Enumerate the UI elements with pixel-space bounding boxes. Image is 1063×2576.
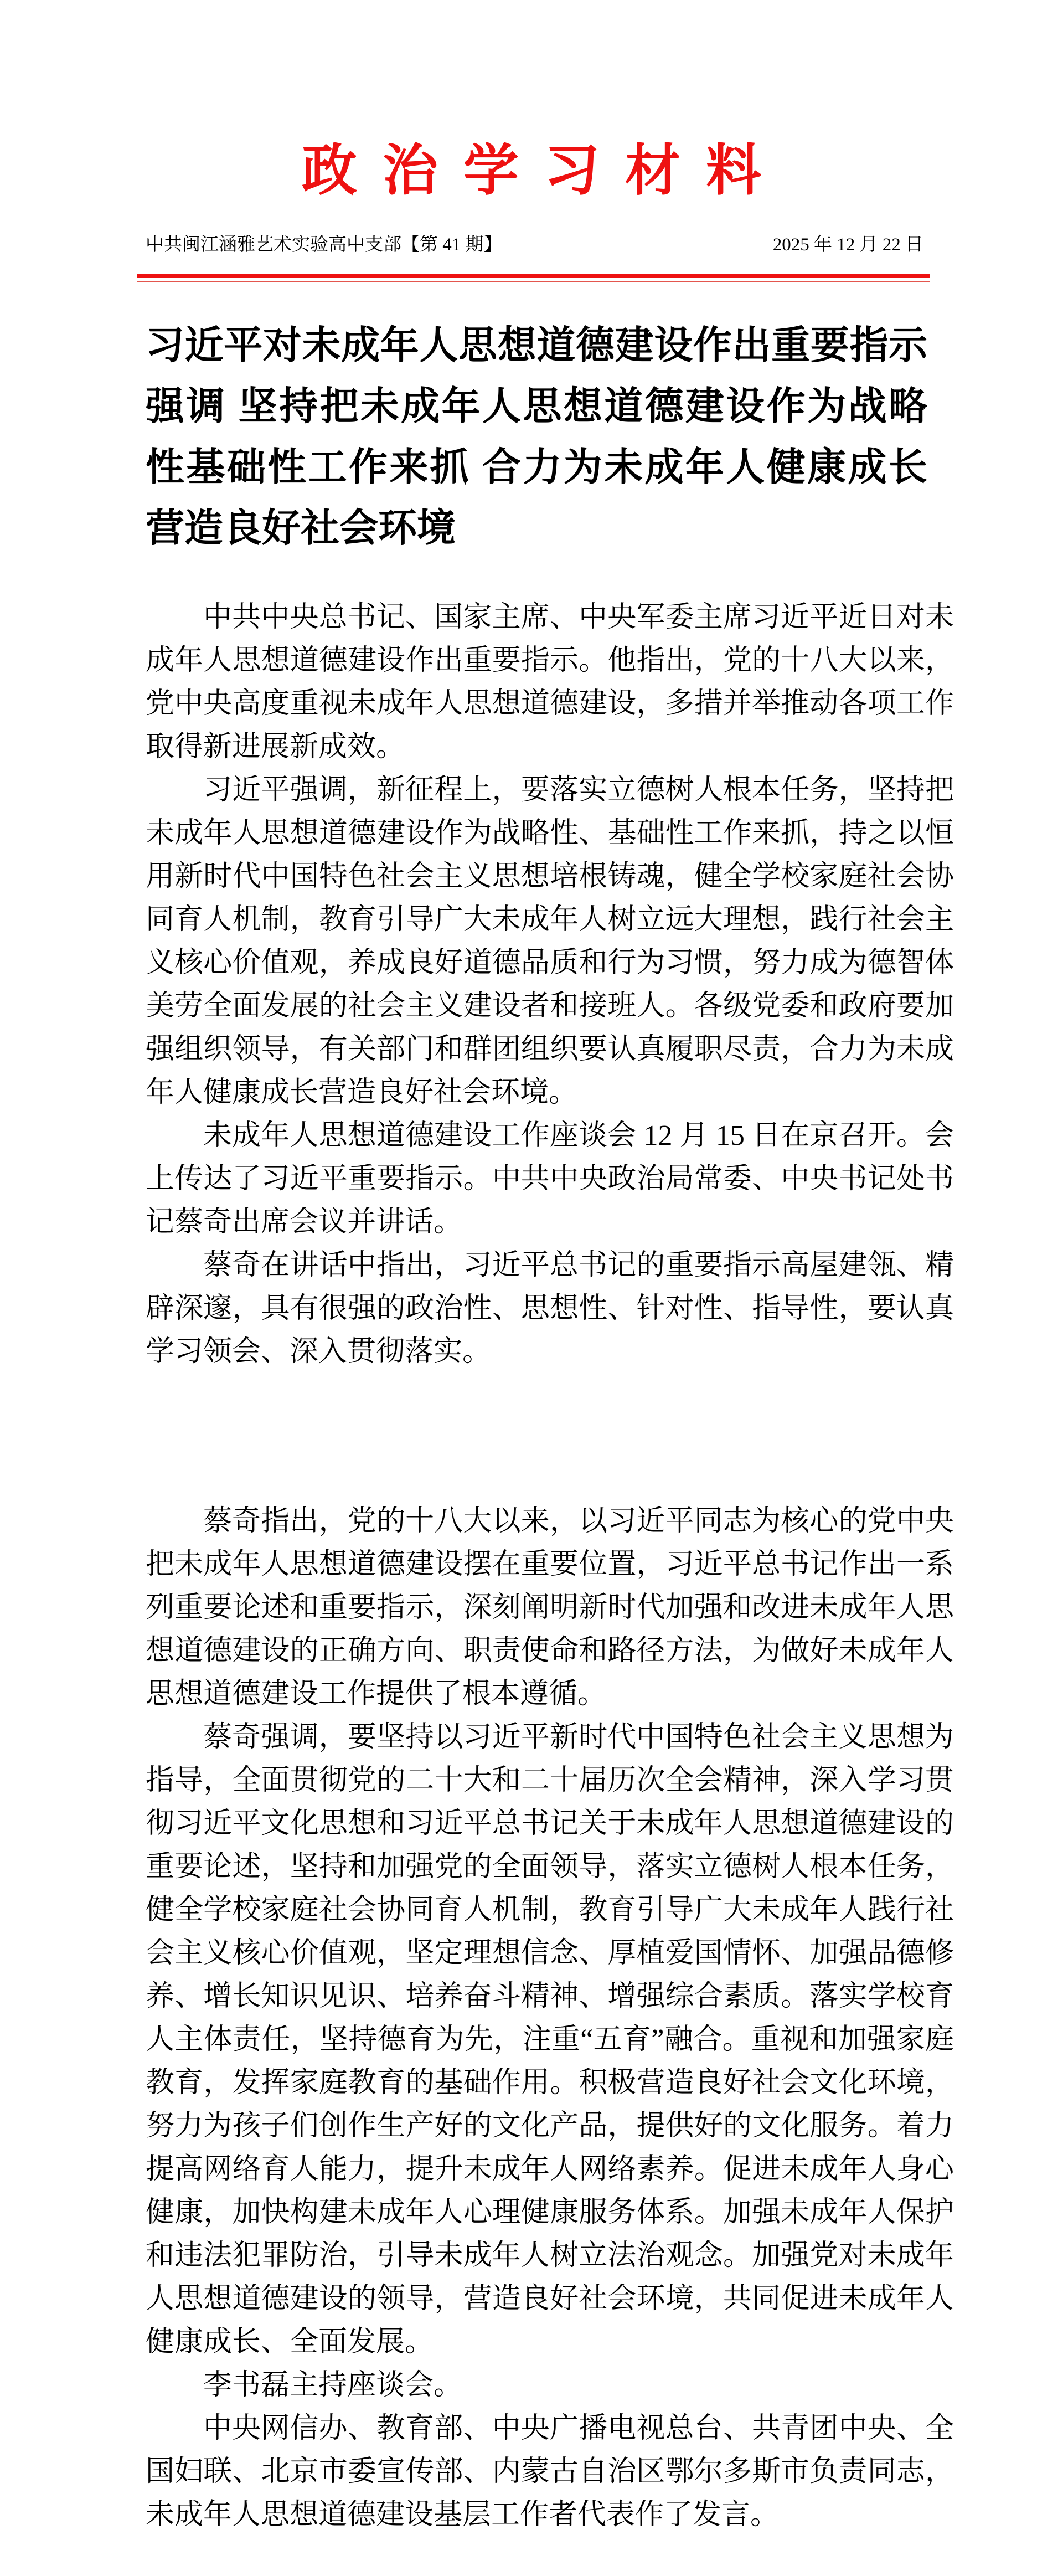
issue-info-row: 中共闽江涵雅艺术实验高中支部【第 41 期】 2025 年 12 月 22 日 bbox=[146, 233, 954, 257]
divider-thin-rule bbox=[137, 281, 930, 282]
masthead-divider bbox=[137, 274, 930, 282]
article-paragraph: 中共中央总书记、国家主席、中央军委主席习近平近日对未成年人思想道德建设作出重要指… bbox=[146, 596, 954, 769]
article-body-page2: 蔡奇指出，党的十八大以来，以习近平同志为核心的党中央把未成年人思想道德建设摆在重… bbox=[146, 1500, 954, 2537]
masthead-title: 政治学习材料 bbox=[0, 140, 1063, 202]
article-paragraph: 未成年人思想道德建设工作座谈会 12 月 15 日在京召开。会上传达了习近平重要… bbox=[146, 1114, 954, 1244]
article-body-page1: 中共中央总书记、国家主席、中央军委主席习近平近日对未成年人思想道德建设作出重要指… bbox=[146, 596, 954, 1374]
page-break-gap bbox=[146, 1374, 954, 1500]
divider-thick-rule bbox=[137, 274, 930, 278]
article-paragraph: 李书磊主持座谈会。 bbox=[146, 2364, 954, 2407]
content-column: 中共闽江涵雅艺术实验高中支部【第 41 期】 2025 年 12 月 22 日 … bbox=[146, 233, 954, 2537]
article-paragraph: 中央网信办、教育部、中央广播电视总台、共青团中央、全国妇联、北京市委宣传部、内蒙… bbox=[146, 2407, 954, 2537]
issuer-name: 中共闽江涵雅艺术实验高中支部【第 41 期】 bbox=[146, 233, 502, 257]
article-paragraph: 蔡奇在讲话中指出，习近平总书记的重要指示高屋建瓴、精辟深邃，具有很强的政治性、思… bbox=[146, 1244, 954, 1374]
article-paragraph: 蔡奇指出，党的十八大以来，以习近平同志为核心的党中央把未成年人思想道德建设摆在重… bbox=[146, 1500, 954, 1716]
document-page: 政治学习材料 中共闽江涵雅艺术实验高中支部【第 41 期】 2025 年 12 … bbox=[0, 0, 1063, 2576]
article-paragraph: 蔡奇强调，要坚持以习近平新时代中国特色社会主义思想为指导，全面贯彻党的二十大和二… bbox=[146, 1716, 954, 2364]
issue-date: 2025 年 12 月 22 日 bbox=[773, 233, 923, 257]
article-paragraph: 习近平强调，新征程上，要落实立德树人根本任务，坚持把未成年人思想道德建设作为战略… bbox=[146, 769, 954, 1114]
article-headline: 习近平对未成年人思想道德建设作出重要指示强调 坚持把未成年人思想道德建设作为战略… bbox=[146, 316, 927, 559]
